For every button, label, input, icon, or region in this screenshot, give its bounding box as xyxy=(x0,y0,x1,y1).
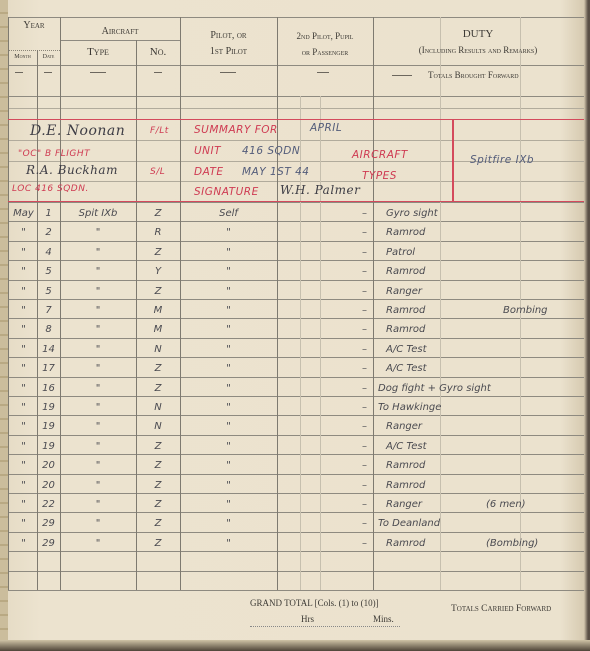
cell-date: 22 xyxy=(37,494,60,513)
cell-duty: To Hawkinge xyxy=(378,397,498,416)
duty-dash xyxy=(392,75,412,76)
row-line xyxy=(8,571,584,572)
cell-pilot: " xyxy=(180,436,277,455)
cell-month: " xyxy=(10,475,37,494)
cell-month: " xyxy=(10,222,37,241)
cell-no: Z xyxy=(136,242,180,261)
cell-second: – xyxy=(277,203,367,222)
aircraft-types-label-1: Aircraft xyxy=(352,149,408,161)
second-pilot-header-line2: or Passenger xyxy=(277,47,373,57)
oc-rank: F/Lt xyxy=(150,126,169,136)
cell-type: " xyxy=(60,319,136,338)
ruled-line xyxy=(8,181,584,182)
cell-pilot: " xyxy=(180,455,277,474)
cell-no: Z xyxy=(136,494,180,513)
table-row: "17"Z"–A/C Test xyxy=(8,358,584,377)
cell-month: " xyxy=(10,416,37,435)
cell-date: 5 xyxy=(37,281,60,300)
table-row: "16"Z"–Dog fight + Gyro sight xyxy=(8,378,584,397)
cell-date: 14 xyxy=(37,339,60,358)
cell-date: 19 xyxy=(37,436,60,455)
book-spine xyxy=(0,0,8,651)
cell-month: " xyxy=(10,513,37,532)
cell-second: – xyxy=(277,281,367,300)
cell-pilot: " xyxy=(180,242,277,261)
cell-no: N xyxy=(136,339,180,358)
aircraft-types-label-2: Types xyxy=(362,170,397,182)
cell-no: M xyxy=(136,319,180,338)
table-row: "5"Y"–Ramrod xyxy=(8,261,584,280)
aircraft-header-divider xyxy=(60,40,180,41)
cell-remark xyxy=(486,436,586,455)
table-bottom-border xyxy=(8,590,584,591)
cell-no: Z xyxy=(136,533,180,552)
logbook-page: Year Month Date Aircraft Type No. Pilot,… xyxy=(0,0,590,651)
cell-pilot: " xyxy=(180,300,277,319)
cell-remark xyxy=(486,261,586,280)
cell-duty: Dog fight + Gyro sight xyxy=(378,378,498,397)
cell-second: – xyxy=(277,261,367,280)
cell-month: " xyxy=(10,261,37,280)
table-row: "5"Z"–Ranger xyxy=(8,281,584,300)
pilot-header-line1: Pilot, or xyxy=(180,30,277,42)
summary-box-top xyxy=(8,119,584,120)
cell-type: " xyxy=(60,281,136,300)
year-dotted-line xyxy=(8,50,60,51)
cell-remark xyxy=(486,513,586,532)
cell-pilot: " xyxy=(180,261,277,280)
cell-second: – xyxy=(277,358,367,377)
cell-second: – xyxy=(277,319,367,338)
summary-box-bottom xyxy=(8,201,584,202)
cell-date: 19 xyxy=(37,416,60,435)
cell-month: " xyxy=(10,455,37,474)
cell-type: " xyxy=(60,242,136,261)
cell-type: " xyxy=(60,339,136,358)
unit-label: Unit xyxy=(194,145,221,157)
cell-type: " xyxy=(60,436,136,455)
cell-remark xyxy=(486,281,586,300)
cell-remark xyxy=(486,222,586,241)
cell-type: " xyxy=(60,416,136,435)
cell-duty: To Deanland xyxy=(378,513,498,532)
cell-second: – xyxy=(277,513,367,532)
cell-remark xyxy=(486,416,586,435)
cell-type: " xyxy=(60,513,136,532)
second-dash xyxy=(317,72,329,73)
cell-second: – xyxy=(277,222,367,241)
cell-second: – xyxy=(277,455,367,474)
table-row: "19"Z"–A/C Test xyxy=(8,436,584,455)
cell-type: " xyxy=(60,475,136,494)
cell-second: – xyxy=(277,300,367,319)
cell-date: 2 xyxy=(37,222,60,241)
signature-value: W.H. Palmer xyxy=(280,183,360,197)
cell-date: 20 xyxy=(37,475,60,494)
cell-no: N xyxy=(136,416,180,435)
cell-date: 8 xyxy=(37,319,60,338)
cell-month: " xyxy=(10,378,37,397)
cell-second: – xyxy=(277,416,367,435)
summary-box-divider xyxy=(452,120,454,202)
ruled-line xyxy=(8,108,584,109)
cell-type: " xyxy=(60,378,136,397)
no-header: No. xyxy=(136,46,180,59)
cell-second: – xyxy=(277,397,367,416)
cell-remark xyxy=(486,203,586,222)
cell-no: Z xyxy=(136,358,180,377)
cell-pilot: " xyxy=(180,475,277,494)
cell-type: " xyxy=(60,358,136,377)
date-label: Date xyxy=(194,166,224,178)
table-row: "14"N"–A/C Test xyxy=(8,339,584,358)
grand-total-label: GRAND TOTAL [Cols. (1) to (10)] xyxy=(250,598,379,608)
table-row: "19"N"–Ranger xyxy=(8,416,584,435)
table-row: "8"M"–Ramrod xyxy=(8,319,584,338)
cell-date: 7 xyxy=(37,300,60,319)
table-top-border xyxy=(8,17,584,18)
year-header: Year xyxy=(8,20,60,32)
page-bottom-edge xyxy=(0,640,590,651)
co-role: LOC 416 SQDN. xyxy=(12,184,89,194)
month-dash xyxy=(15,72,23,73)
type-dash xyxy=(90,72,106,73)
cell-pilot: " xyxy=(180,281,277,300)
signature-label: Signature xyxy=(194,186,259,198)
table-row: "20"Z"–Ramrod xyxy=(8,475,584,494)
cell-pilot: " xyxy=(180,222,277,241)
co-rank: S/L xyxy=(150,167,165,177)
cell-no: Z xyxy=(136,203,180,222)
second-pilot-header-line1: 2nd Pilot, Pupil xyxy=(277,31,373,41)
header-bottom-border xyxy=(8,65,584,66)
cell-date: 17 xyxy=(37,358,60,377)
cell-month: " xyxy=(10,397,37,416)
table-row: May1Spit IXbZSelf–Gyro sight xyxy=(8,203,584,222)
cell-remark xyxy=(486,397,586,416)
table-row: "22"Z"–Ranger(6 men) xyxy=(8,494,584,513)
cell-type: " xyxy=(60,397,136,416)
aircraft-types-value: Spitfire IXb xyxy=(470,154,534,166)
date-header: Date xyxy=(37,54,60,61)
cell-pilot: " xyxy=(180,513,277,532)
cell-pilot: " xyxy=(180,494,277,513)
cell-no: Z xyxy=(136,378,180,397)
cell-no: Z xyxy=(136,475,180,494)
cell-remark xyxy=(486,475,586,494)
cell-date: 19 xyxy=(37,397,60,416)
cell-remark xyxy=(486,339,586,358)
cell-date: 29 xyxy=(37,533,60,552)
table-row: "4"Z"–Patrol xyxy=(8,242,584,261)
cell-month: " xyxy=(10,339,37,358)
cell-pilot: " xyxy=(180,397,277,416)
pilot-dash xyxy=(220,72,236,73)
cell-pilot: " xyxy=(180,416,277,435)
cell-month: " xyxy=(10,494,37,513)
unit-value: 416 SQDN xyxy=(242,145,300,157)
cell-type: " xyxy=(60,533,136,552)
cell-date: 1 xyxy=(37,203,60,222)
cell-second: – xyxy=(277,242,367,261)
cell-month: " xyxy=(10,281,37,300)
table-row: "7"M"–RamrodBombing xyxy=(8,300,584,319)
cell-remark xyxy=(486,319,586,338)
cell-second: – xyxy=(277,494,367,513)
cell-type: " xyxy=(60,300,136,319)
table-row: "2"R"–Ramrod xyxy=(8,222,584,241)
cell-type: " xyxy=(60,222,136,241)
cell-second: – xyxy=(277,533,367,552)
duty-header: DUTY xyxy=(373,28,583,41)
type-header: Type xyxy=(60,46,136,59)
cell-type: " xyxy=(60,494,136,513)
cell-remark: (6 men) xyxy=(486,494,586,513)
cell-pilot: Self xyxy=(180,203,277,222)
aircraft-header: Aircraft xyxy=(60,26,180,38)
cell-date: 5 xyxy=(37,261,60,280)
summary-for-label: Summary for xyxy=(194,124,278,136)
cell-second: – xyxy=(277,436,367,455)
table-row: "19"N"–To Hawkinge xyxy=(8,397,584,416)
totals-carried-forward: Totals Carried Forward xyxy=(451,604,551,614)
cell-month: " xyxy=(10,319,37,338)
cell-pilot: " xyxy=(180,339,277,358)
cell-no: Z xyxy=(136,513,180,532)
cell-type: Spit IXb xyxy=(60,203,136,222)
cell-pilot: " xyxy=(180,358,277,377)
cell-pilot: " xyxy=(180,378,277,397)
totals-brought-forward: Totals Brought Forward xyxy=(428,70,578,80)
cell-second: – xyxy=(277,475,367,494)
cell-type: " xyxy=(60,455,136,474)
duty-subheader: (Including Results and Remarks) xyxy=(373,45,583,55)
cell-month: " xyxy=(10,436,37,455)
cell-second: – xyxy=(277,378,367,397)
cell-date: 20 xyxy=(37,455,60,474)
date-value: May 1st 44 xyxy=(242,166,309,178)
cell-date: 29 xyxy=(37,513,60,532)
cell-no: Z xyxy=(136,281,180,300)
cell-month: May xyxy=(10,203,37,222)
cell-month: " xyxy=(10,242,37,261)
date-dash xyxy=(44,72,52,73)
table-row: "29"Z"–Ramrod(Bombing) xyxy=(8,533,584,552)
month-header: Month xyxy=(8,54,37,61)
cell-date: 16 xyxy=(37,378,60,397)
cell-date: 4 xyxy=(37,242,60,261)
cell-no: R xyxy=(136,222,180,241)
cell-type: " xyxy=(60,261,136,280)
no-dash xyxy=(154,72,162,73)
cell-no: Z xyxy=(136,455,180,474)
pilot-header-line2: 1st Pilot xyxy=(180,46,277,58)
oc-role: "OC" B Flight xyxy=(18,149,90,159)
cell-no: Z xyxy=(136,436,180,455)
table-row: "29"Z"–To Deanland xyxy=(8,513,584,532)
cell-remark xyxy=(486,378,586,397)
cell-no: Y xyxy=(136,261,180,280)
cell-duty: Ramrod xyxy=(386,300,506,319)
cell-month: " xyxy=(10,533,37,552)
cell-no: N xyxy=(136,397,180,416)
mins-label: Mins. xyxy=(372,614,395,624)
cell-pilot: " xyxy=(180,533,277,552)
cell-month: " xyxy=(10,358,37,377)
oc-signature: D.E. Noonan xyxy=(30,123,125,139)
table-row: "20"Z"–Ramrod xyxy=(8,455,584,474)
cell-pilot: " xyxy=(180,319,277,338)
cell-remark xyxy=(486,242,586,261)
cell-second: – xyxy=(277,339,367,358)
cell-remark xyxy=(486,358,586,377)
totals-row-bottom xyxy=(8,96,584,97)
cell-no: M xyxy=(136,300,180,319)
cell-remark: Bombing xyxy=(503,300,590,319)
summary-for-value: April xyxy=(310,122,342,134)
cell-month: " xyxy=(10,300,37,319)
hrs-label: Hrs xyxy=(300,614,315,624)
ruled-line xyxy=(8,140,584,141)
co-signature: R.A. Buckham xyxy=(26,163,118,177)
cell-remark: (Bombing) xyxy=(486,533,586,552)
cell-remark xyxy=(486,455,586,474)
